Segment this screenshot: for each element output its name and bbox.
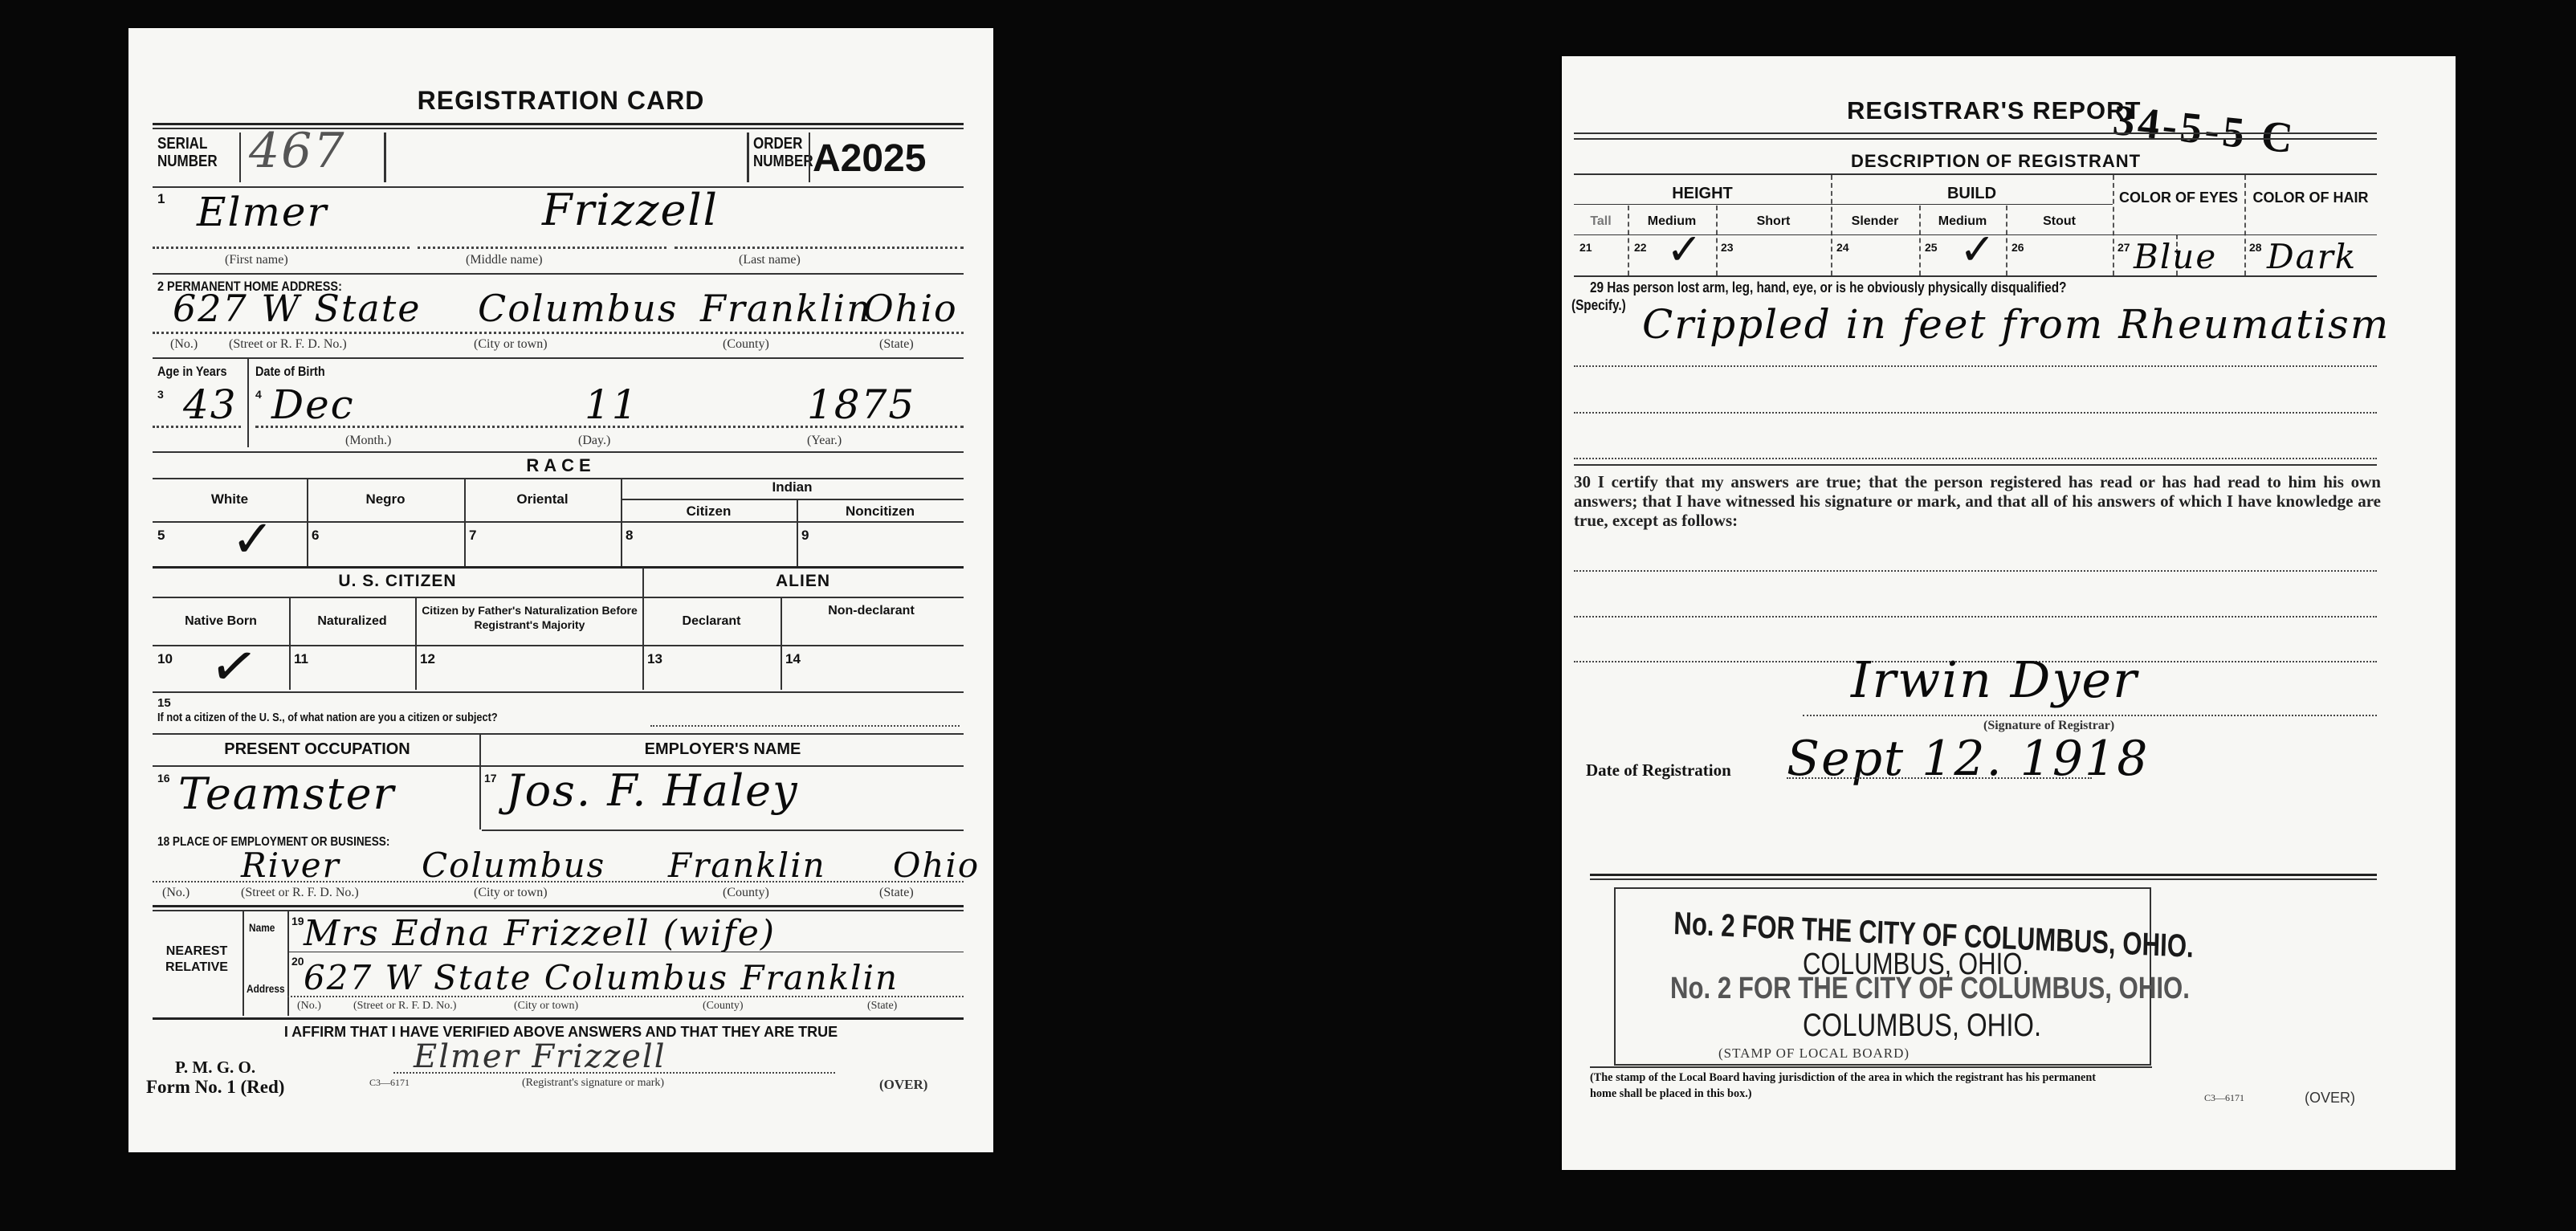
dob-number: 4 <box>255 388 262 401</box>
stamp-footnote: (The stamp of the Local Board having jur… <box>1590 1070 2101 1102</box>
race-noncitizen-number: 9 <box>801 528 809 544</box>
description-subtitle: DESCRIPTION OF REGISTRANT <box>1851 151 2141 172</box>
age-value: 43 <box>183 381 238 428</box>
build-stout-number: 26 <box>2011 241 2024 254</box>
first-name-value: Elmer <box>197 189 328 235</box>
non-declarant-number: 14 <box>785 651 801 667</box>
relative-name-number: 19 <box>291 915 304 927</box>
relative-city-caption: (City or town) <box>514 1000 578 1013</box>
address-no-caption: (No.) <box>170 337 198 352</box>
height-short-label: Short <box>1716 214 1831 229</box>
race-white-label: White <box>153 491 307 507</box>
eyes-heading: COLOR OF EYES <box>2113 189 2244 206</box>
dob-label: Date of Birth <box>255 364 325 380</box>
build-slender-number: 24 <box>1836 241 1849 254</box>
employer-value: Jos. F. Haley <box>506 765 799 816</box>
home-city-value: Columbus <box>478 287 679 330</box>
date-of-registration-label: Date of Registration <box>1586 760 1731 781</box>
address-city-caption: (City or town) <box>474 337 548 352</box>
field-15-number: 15 <box>157 696 171 710</box>
naturalized-number: 11 <box>294 651 308 667</box>
order-number-value: A2025 <box>813 137 926 181</box>
citizen-by-father-number: 12 <box>420 651 435 667</box>
eyes-number: 27 <box>2117 241 2130 254</box>
race-white-checkmark: ✓ <box>231 514 275 565</box>
relative-street-caption: (Street or R. F. D. No.) <box>353 1000 456 1013</box>
middle-name-caption: (Middle name) <box>466 253 543 267</box>
height-tall-number: 21 <box>1579 241 1592 254</box>
hair-number: 28 <box>2249 241 2262 254</box>
native-born-checkmark: ✓ <box>206 634 262 698</box>
age-number: 3 <box>157 388 164 401</box>
home-state-value: Ohio <box>863 287 958 330</box>
employment-county-value: Franklin <box>668 846 826 885</box>
us-citizen-heading: U. S. CITIZEN <box>153 572 642 591</box>
citizen-by-father-label: Citizen by Father's Naturalization Befor… <box>419 603 640 632</box>
employment-street-value: River <box>241 846 340 885</box>
build-stout-label: Stout <box>2006 214 2113 229</box>
native-born-label: Native Born <box>153 614 289 629</box>
stamp-caption: (STAMP OF LOCAL BOARD) <box>1718 1046 1910 1062</box>
serial-number-label: SERIAL NUMBER <box>157 135 233 170</box>
occupation-value: Teamster <box>178 768 395 819</box>
address-state-caption: (State) <box>879 337 914 352</box>
occupation-number: 16 <box>157 772 170 785</box>
alien-heading: ALIEN <box>642 572 964 591</box>
address-county-caption: (County) <box>723 337 769 352</box>
race-indian-citizen-label: Citizen <box>621 503 797 520</box>
field-29-specify: (Specify.) <box>1571 297 1626 314</box>
dob-year-caption: (Year.) <box>807 434 842 448</box>
report-over-label: (OVER) <box>2305 1090 2355 1107</box>
employment-city-caption: (City or town) <box>474 886 548 900</box>
registrant-signature: Elmer Frizzell <box>414 1038 666 1075</box>
indian-label: Indian <box>621 479 964 495</box>
dob-day-caption: (Day.) <box>578 434 610 448</box>
age-label: Age in Years <box>157 364 226 380</box>
height-heading: HEIGHT <box>1574 185 1831 203</box>
employment-street-caption: (Street or R. F. D. No.) <box>241 886 359 900</box>
employer-number: 17 <box>484 772 497 785</box>
serial-number-value: 467 <box>249 123 346 179</box>
relative-state-caption: (State) <box>867 1000 897 1013</box>
race-oriental-number: 7 <box>469 528 476 544</box>
last-name-value: Frizzell <box>542 185 719 235</box>
relative-name-value: Mrs Edna Frizzell (wife) <box>304 913 776 954</box>
pmgo-label: P. M. G. O. <box>175 1058 255 1078</box>
employment-no-caption: (No.) <box>162 886 190 900</box>
build-slender-label: Slender <box>1831 214 1919 229</box>
dob-month-value: Dec <box>271 381 355 428</box>
hair-heading: COLOR OF HAIR <box>2244 189 2377 206</box>
height-tall-label: Tall <box>1574 214 1628 229</box>
non-declarant-label: Non-declarant <box>787 603 956 619</box>
home-street-value: 627 W State <box>173 287 421 330</box>
physical-disqualification-value: Crippled in feet from Rheumatism <box>1642 301 2390 348</box>
stamp-line-4: COLUMBUS, OHIO. <box>1803 1008 2041 1044</box>
relative-address-value: 627 W State Columbus Franklin <box>304 958 899 997</box>
build-medium-checkmark: ✓ <box>1959 228 1995 271</box>
field-29-question: 29 Has person lost arm, leg, hand, eye, … <box>1590 279 2066 296</box>
occupation-heading: PRESENT OCCUPATION <box>153 740 482 759</box>
declarant-label: Declarant <box>642 614 781 629</box>
last-name-caption: (Last name) <box>739 253 801 267</box>
relative-name-label: Name <box>249 921 275 934</box>
naturalized-label: Naturalized <box>289 614 415 629</box>
form-number: Form No. 1 (Red) <box>146 1077 284 1098</box>
registrar-report-back: REGISTRAR'S REPORT 34-5-5 C DESCRIPTION … <box>1562 56 2456 1170</box>
race-indian-noncitizen-label: Noncitizen <box>797 503 964 520</box>
employment-state-caption: (State) <box>879 886 914 900</box>
dob-day-value: 11 <box>585 381 639 428</box>
race-negro-label: Negro <box>307 491 464 507</box>
native-born-number: 10 <box>157 651 173 667</box>
build-medium-number: 25 <box>1925 241 1938 254</box>
registrar-signature: Irwin Dyer <box>1851 650 2138 709</box>
field-30-certification: 30 I certify that my answers are true; t… <box>1574 472 2381 530</box>
build-heading: BUILD <box>1831 185 2113 203</box>
hair-color-value: Dark <box>2267 237 2357 276</box>
race-citizen-number: 8 <box>626 528 633 544</box>
report-print-code: C3—6171 <box>2204 1092 2244 1104</box>
dob-month-caption: (Month.) <box>345 434 391 448</box>
employment-state-value: Ohio <box>893 846 980 885</box>
race-oriental-label: Oriental <box>464 491 621 507</box>
nearest-relative-label: NEAREST RELATIVE <box>153 944 241 976</box>
first-name-caption: (First name) <box>225 253 288 267</box>
stamp-line-3: No. 2 FOR THE CITY OF COLUMBUS, OHIO. <box>1670 972 2190 1006</box>
field-15-question: If not a citizen of the U. S., of what n… <box>157 711 498 724</box>
employment-city-value: Columbus <box>422 846 605 885</box>
declarant-number: 13 <box>647 651 662 667</box>
card-title: REGISTRATION CARD <box>128 86 993 116</box>
address-street-caption: (Street or R. F. D. No.) <box>229 337 347 352</box>
eye-color-value: Blue <box>2134 237 2217 276</box>
home-county-value: Franklin <box>700 287 872 330</box>
height-short-number: 23 <box>1721 241 1734 254</box>
race-negro-number: 6 <box>312 528 319 544</box>
employment-county-caption: (County) <box>723 886 769 900</box>
race-heading: RACE <box>128 455 993 476</box>
report-title: REGISTRAR'S REPORT <box>1847 96 2141 125</box>
relative-no-caption: (No.) <box>297 1000 321 1013</box>
relative-county-caption: (County) <box>703 1000 744 1013</box>
registration-card-front: REGISTRATION CARD SERIAL NUMBER 467 ORDE… <box>128 28 993 1152</box>
height-medium-checkmark: ✓ <box>1666 228 1702 271</box>
employer-heading: EMPLOYER'S NAME <box>482 740 964 759</box>
signature-caption: (Registrant's signature or mark) <box>522 1077 664 1090</box>
field-1-number: 1 <box>157 191 165 207</box>
relative-address-number: 20 <box>291 955 304 968</box>
relative-address-label: Address <box>247 982 285 995</box>
order-number-label: ORDER NUMBER <box>753 135 815 170</box>
over-label: (OVER) <box>879 1077 927 1093</box>
height-medium-number: 22 <box>1634 241 1647 254</box>
print-code: C3—6171 <box>369 1077 410 1089</box>
race-white-number: 5 <box>157 528 165 544</box>
dob-year-value: 1875 <box>807 381 915 428</box>
